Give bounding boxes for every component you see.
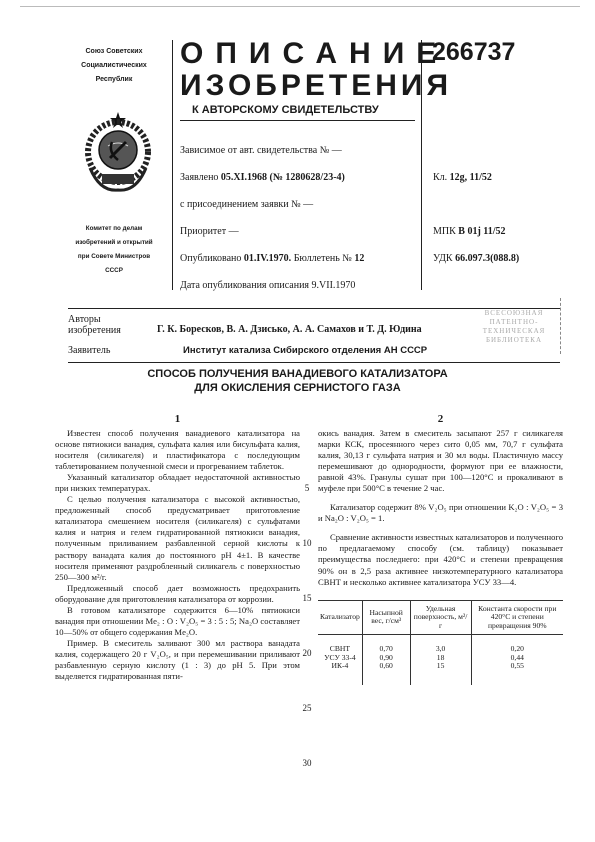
published-info: Опубликовано 01.IV.1970. Бюллетень № 12 xyxy=(180,253,364,265)
line-number: 5 xyxy=(298,483,316,493)
country-line: Союз Советских xyxy=(58,45,170,59)
applicant-label: Заявитель xyxy=(68,345,110,356)
description-published-date: Дата опубликования описания 9.VII.1970 xyxy=(180,280,355,292)
dashed-margin xyxy=(560,298,561,354)
table-header: Насыпной вес, г/см³ xyxy=(362,600,410,635)
ussr-emblem-icon xyxy=(80,108,156,196)
country-name: Союз Советских Социалистических Республи… xyxy=(58,45,170,87)
paragraph: Катализатор содержит 8% V₂O₅ при отношен… xyxy=(318,502,563,524)
paragraph: В готовом катализаторе содержится 6—10% … xyxy=(55,605,300,638)
line-number: 25 xyxy=(298,703,316,713)
committee-line: СССР xyxy=(58,264,170,278)
top-border xyxy=(20,6,580,7)
doc-title: СПОСОБ ПОЛУЧЕНИЯ ВАНАДИЕВОГО КАТАЛИЗАТОР… xyxy=(0,367,595,395)
country-line: Социалистических xyxy=(58,59,170,73)
table-header: Константа скорости при 420°C и степени п… xyxy=(471,600,563,635)
table-header-row: Катализатор Насыпной вес, г/см³ Удельная… xyxy=(318,600,563,635)
paragraph: Указанный катализатор обладает недостато… xyxy=(55,472,300,494)
authors-label: Авторы изобретения xyxy=(68,314,121,336)
doc-type-title: ОПИСАНИЕ xyxy=(180,38,448,70)
class-udk: УДК 66.097.3(088.8) xyxy=(433,253,519,264)
country-line: Республик xyxy=(58,73,170,87)
line-number: 15 xyxy=(298,593,316,603)
line-number: 10 xyxy=(298,538,316,548)
table-row: ИК-4 0,60 15 0,55 xyxy=(318,662,563,685)
priority: Приоритет — xyxy=(180,226,239,238)
column-2-body: окись ванадия. Затем в смеситель засыпаю… xyxy=(318,428,563,685)
paragraph: окись ванадия. Затем в смеситель засыпаю… xyxy=(318,428,563,494)
column-number: 2 xyxy=(318,413,563,425)
dependent-certificate: Зависимое от авт. свидетельства № — xyxy=(180,145,342,157)
joined-application: с присоединением заявки № — xyxy=(180,199,313,211)
committee-line: Комитет по делам xyxy=(58,222,170,236)
table-header: Катализатор xyxy=(318,600,362,635)
comparison-table: Катализатор Насыпной вес, г/см³ Удельная… xyxy=(318,600,563,685)
class-mpk: МПК B 01j 11/52 xyxy=(433,226,506,237)
committee-name: Комитет по делам изобретений и открытий … xyxy=(58,222,170,278)
paragraph: Пример. В смеситель заливают 300 мл раст… xyxy=(55,638,300,682)
paragraph: Известен способ получения ванадиевого ка… xyxy=(55,428,300,472)
paragraph: С целью получения катализатора с высокой… xyxy=(55,494,300,582)
authors: Г. К. Боресков, В. А. Дзисько, А. А. Сам… xyxy=(157,324,422,335)
divider-vertical xyxy=(172,40,173,290)
paragraph: Сравнение активности известных катализат… xyxy=(318,532,563,587)
committee-line: изобретений и открытий xyxy=(58,236,170,250)
doc-type-title-2: ИЗОБРЕТЕНИЯ xyxy=(180,70,452,102)
subtitle-underline xyxy=(180,120,415,121)
table-row: СВНТ 0,70 3,0 0,20 xyxy=(318,635,563,654)
column-number: 1 xyxy=(55,413,300,425)
divider-horizontal xyxy=(68,362,560,363)
applicant: Институт катализа Сибирского отделения А… xyxy=(183,345,427,356)
patent-number: 266737 xyxy=(432,38,515,67)
filed-date: Заявлено 05.XI.1968 (№ 1280628/23-4) xyxy=(180,172,345,184)
column-1-body: Известен способ получения ванадиевого ка… xyxy=(55,428,300,682)
doc-subtitle: К АВТОРСКОМУ СВИДЕТЕЛЬСТВУ xyxy=(192,104,379,116)
library-stamp: ВСЕСОЮЗНАЯ ПАТЕНТНО- ТЕХНИЧЕСКАЯ БИБЛИОТ… xyxy=(470,309,558,347)
table-header: Удельная поверхность, м²/г xyxy=(410,600,471,635)
paragraph: Предложенный способ дает возможность пре… xyxy=(55,583,300,605)
class-kl: Кл. 12g, 11/52 xyxy=(433,172,492,183)
line-number: 30 xyxy=(298,758,316,768)
line-number: 20 xyxy=(298,648,316,658)
committee-line: при Совете Министров xyxy=(58,250,170,264)
